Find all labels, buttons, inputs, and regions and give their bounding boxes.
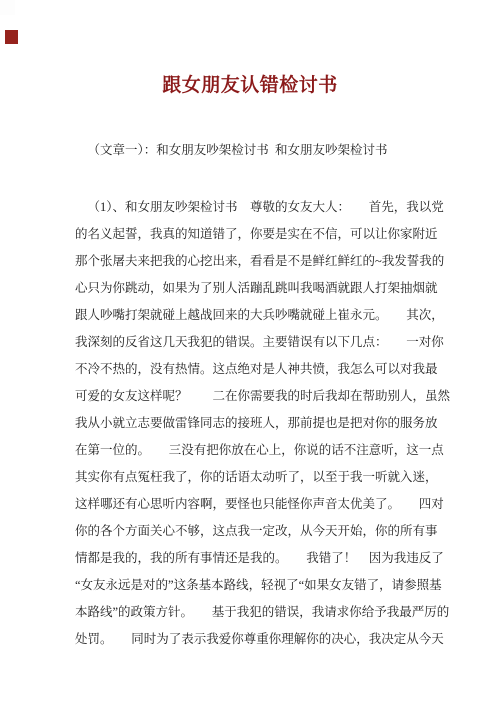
body-line: 情都是我的，我的所有事情还是我的。 我错了！ 因为我违反了	[75, 545, 447, 572]
body-line: 本路线”的政策方针。 基于我犯的错误，我请求你给予我最严厉的	[75, 599, 447, 626]
body-line: “女友永远是对的”这条基本路线，轻视了“如果女友错了，请参照基	[75, 572, 447, 599]
body-line: 我深刻的反省这几天我犯的错误。主要错误有以下几点： 一对你	[75, 329, 447, 356]
body-line: 在第一位的。 三没有把你放在心上，你说的话不注意听，这一点	[75, 437, 447, 464]
body-line: 你的各个方面关心不够，这点我一定改，从今天开始，你的所有事	[75, 518, 447, 545]
body-line: 那个张屠夫来把我的心挖出来，看看是不是鲜红鲜红的~我发誓我的	[75, 248, 447, 275]
body-line: 其实你有点冤枉我了，你的话语太动听了，以至于我一听就入迷，	[75, 464, 447, 491]
body-line: 不冷不热的，没有热情。这点绝对是人神共愤，我怎么可以对我最	[75, 356, 447, 383]
body-line: 我从小就立志要做雷锋同志的接班人，那前提也是把对你的服务放	[75, 410, 447, 437]
body-line: 可爱的女友这样呢？ 二在你需要我的时后我却在帮助别人，虽然	[75, 383, 447, 410]
body-line: 跟人吵嘴打架就碰上越战回来的大兵吵嘴就碰上崔永元。 其次，	[75, 302, 447, 329]
body-line: （1）、和女朋友吵架检讨书 尊敬的女友大人： 首先，我以党	[75, 194, 447, 221]
red-square-marker	[5, 30, 18, 44]
document-title: 跟女朋友认错检讨书	[0, 70, 500, 97]
corner-artifact	[0, 0, 15, 15]
body-line: 这样哪还有心思听内容啊，要怪也只能怪你声音太优美了。 四对	[75, 491, 447, 518]
document-page: 跟女朋友认错检讨书 （文章一）：和女朋友吵架检讨书 和女朋友吵架检讨书 （1）、…	[0, 0, 500, 708]
intro-line: （文章一）：和女朋友吵架检讨书 和女朋友吵架检讨书	[75, 137, 455, 164]
document-body: （1）、和女朋友吵架检讨书 尊敬的女友大人： 首先，我以党 的名义起誓，我真的知…	[75, 194, 447, 653]
body-line: 处罚。 同时为了表示我爱你尊重你理解你的决心，我决定从今天	[75, 626, 447, 653]
body-line: 的名义起誓，我真的知道错了，你要是实在不信，可以让你家附近	[75, 221, 447, 248]
body-line: 心只为你跳动，如果为了别人活蹦乱跳叫我喝酒就跟人打架抽烟就	[75, 275, 447, 302]
